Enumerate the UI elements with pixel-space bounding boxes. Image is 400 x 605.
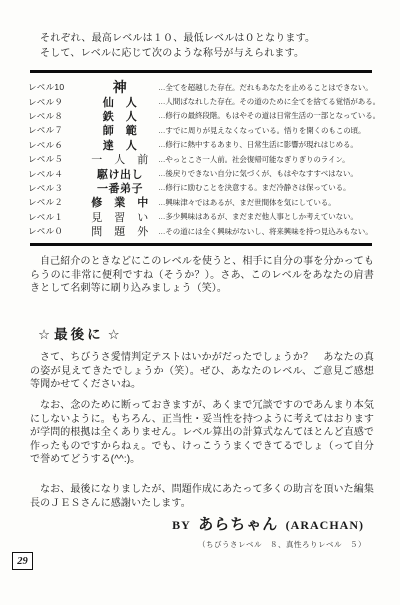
table-row: レベル４ 駆け出し …後戻りできない自分に気づくが、もはやなすすべはない。 [28, 166, 374, 180]
closing-heading: ☆最後に☆ [34, 323, 124, 343]
byline-prefix: BY [172, 518, 191, 532]
level-description: …修行の最終段階。もはやその道は日常生活の一部となっている。 [158, 110, 380, 121]
level-label: レベル２ [28, 196, 82, 208]
byline: BY あらちゃん (ARACHAN) [172, 513, 364, 534]
table-row: レベル１ 見 習 い …多少興味はあるが、まだまだ他人事としか考えていない。 [28, 210, 374, 224]
level-description: …修行に熱中するあまり、日常生活に影響が現れはじめる。 [158, 139, 374, 150]
divider-top [30, 70, 372, 73]
level-description: …多少興味はあるが、まだまだ他人事としか考えていない。 [158, 211, 374, 222]
level-label: レベル３ [28, 182, 82, 194]
star-icon: ☆ [108, 327, 120, 342]
byline-romaji: (ARACHAN) [286, 518, 364, 532]
intro-line-2: そして、レベルに応じて次のような称号が与えられます。 [40, 46, 370, 61]
level-description: …すでに周りが見えなくなっている。悟りを開くのもこの頃。 [158, 125, 374, 136]
author-level-credit: （ちびうさレベル ８、真性ろりレベル ５） [198, 539, 366, 550]
table-row: レベル５ 一 人 前 …やっとこさ一人前。社会復帰可能なぎりぎりのライン。 [28, 152, 374, 166]
table-row: レベル９ 仙 人 …人間ばなれした存在。その道のために全てを捨てる覚悟がある。 [28, 94, 374, 108]
level-description: …やっとこさ一人前。社会復帰可能なぎりぎりのライン。 [158, 154, 374, 165]
remark-paragraph: 自己紹介のときなどにこのレベルを使うと、相手に自分の事を分かってもらうのに非常に… [30, 255, 374, 296]
level-description: …興味津々ではあるが、まだ世間体を気にしている。 [158, 197, 374, 208]
level-label: レベル１ [28, 211, 82, 223]
table-row: レベル７ 師 範 …すでに周りが見えなくなっている。悟りを開くのもこの頃。 [28, 123, 374, 137]
star-icon: ☆ [38, 327, 50, 342]
page-number-box: 29 [12, 552, 33, 570]
level-label: レベル８ [28, 110, 82, 122]
level-description: …その道には全く興味がないし、将来興味を持つ見込みもない。 [158, 226, 374, 237]
level-description: …人間ばなれした存在。その道のために全てを捨てる覚悟がある。 [158, 96, 380, 107]
byline-author-name: あらちゃん [198, 516, 278, 533]
closing-paragraph-2: なお、念のために断っておきますが、あくまで冗談ですのであんまり本気にしないように… [30, 399, 374, 467]
closing-heading-text: 最後に [54, 327, 104, 342]
level-description: …修行に励むことを決意する。まだ冷静さは保っている。 [158, 182, 374, 193]
level-description: …後戻りできない自分に気づくが、もはやなすすべはない。 [158, 168, 374, 179]
table-row: レベル８ 鉄 人 …修行の最終段階。もはやその道は日常生活の一部となっている。 [28, 109, 374, 123]
level-label: レベル10 [28, 81, 82, 93]
level-label: レベル５ [28, 153, 82, 165]
closing-paragraph-1: さて、ちびうさ愛情判定テストはいかがだったでしょうか？ あなたの真の姿が見えてき… [30, 351, 374, 392]
table-row: レベル２ 修 業 中 …興味津々ではあるが、まだ世間体を気にしている。 [28, 195, 374, 209]
level-title: 問 題 外 [82, 223, 158, 239]
table-row: レベル３ 一番弟子 …修行に励むことを決意する。まだ冷静さは保っている。 [28, 181, 374, 195]
scanned-document-page: それぞれ、最高レベルは１０、最低レベルは０となります。 そして、レベルに応じて次… [0, 0, 400, 605]
intro-line-1: それぞれ、最高レベルは１０、最低レベルは０となります。 [40, 31, 370, 46]
table-row: レベル０ 問 題 外 …その道には全く興味がないし、将来興味を持つ見込みもない。 [28, 224, 374, 238]
level-label: レベル４ [28, 168, 82, 180]
closing-paragraph-3: なお、最後になりましたが、問題作成にあたって多くの助言を頂いた編集長のＪＥＳさん… [30, 483, 374, 510]
level-description: …全てを超越した存在。だれもあなたを止めることはできない。 [158, 82, 374, 93]
divider-bottom [30, 243, 372, 246]
level-label: レベル７ [28, 124, 82, 136]
level-label: レベル０ [28, 225, 82, 237]
page-number: 29 [17, 556, 28, 567]
level-label: レベル９ [28, 96, 82, 108]
intro-paragraph: それぞれ、最高レベルは１０、最低レベルは０となります。 そして、レベルに応じて次… [40, 31, 370, 61]
level-table: レベル10 神 …全てを超越した存在。だれもあなたを止めることはできない。 レベ… [28, 80, 374, 238]
level-label: レベル６ [28, 139, 82, 151]
table-row: レベル６ 達 人 …修行に熱中するあまり、日常生活に影響が現れはじめる。 [28, 138, 374, 152]
table-row: レベル10 神 …全てを超越した存在。だれもあなたを止めることはできない。 [28, 80, 374, 94]
